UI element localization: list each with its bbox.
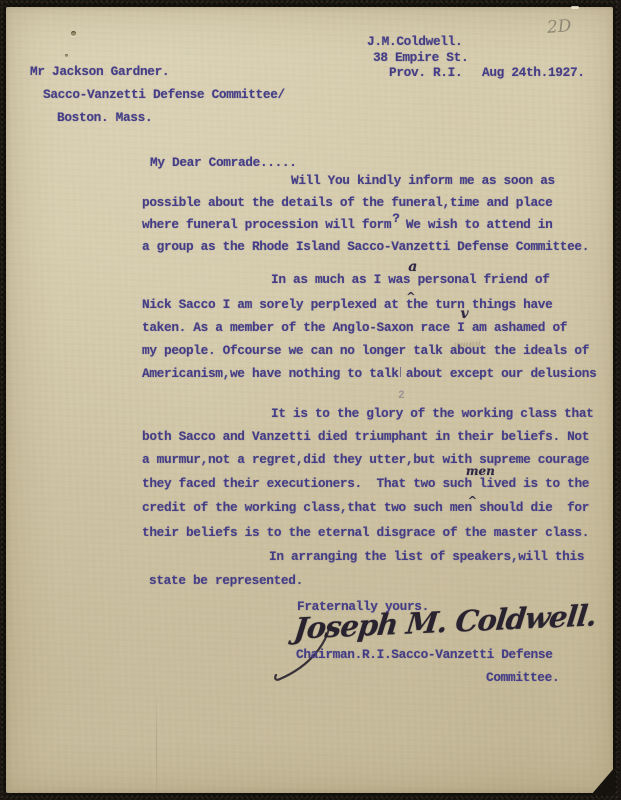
p3-line4-text-cont: lived is to the (472, 476, 589, 491)
p2-line5: Americanism,we have nothing to talk abou… (142, 366, 596, 382)
sender-street: 38 Empire St. (373, 50, 468, 66)
salutation: My Dear Comrade..... (150, 155, 297, 171)
paper-hole (71, 31, 76, 36)
recipient-name: Mr Jackson Gardner. (30, 64, 169, 80)
p2-line2: Nick Sacco I am sorely perplexed at the … (142, 297, 552, 313)
p2-line5-text-cont: about except our delusions (399, 366, 597, 381)
faint-pencil-number: 2 (398, 390, 405, 402)
p3-line4: they faced their executioners. That two … (142, 476, 589, 492)
recipient-city: Boston. Mass. (57, 110, 152, 126)
p2-line5-text: Americanism,we have nothing to talk (142, 366, 399, 381)
handwritten-insert-a: a (408, 260, 417, 274)
p4-line1: In arranging the list of speakers,will t… (269, 549, 584, 565)
edge-speck (571, 6, 579, 9)
raised-question-mark: ? (392, 211, 399, 227)
p1-line3-text-cont: We wish to attend in (399, 217, 553, 232)
p2-line1-text: In as much as I was (271, 272, 410, 287)
p1-line3: where funeral procession will form? We w… (142, 217, 552, 233)
p3-line3: a murmur,not a regret,did they utter,but… (142, 452, 589, 468)
p1-line4: a group as the Rhode Island Sacco-Vanzet… (142, 239, 589, 255)
p1-line3-text: where funeral procession will form (142, 217, 391, 232)
scanned-letter-photo: 2D J.M.Coldwell. 38 Empire St. Prov. R.I… (0, 0, 621, 800)
p2-line3: taken. As a member of the Anglo-Saxon ra… (142, 320, 567, 336)
p3-line4-text: they faced their executioners. That two … (142, 476, 472, 491)
p4-line2: state be represented. (149, 573, 303, 589)
p2-line3-text: taken. As a member of the Anglo-Saxon ra… (142, 320, 465, 335)
p3-line1: It is to the glory of the working class … (271, 406, 594, 422)
letter-page: 2D J.M.Coldwell. 38 Empire St. Prov. R.I… (6, 7, 613, 793)
handwritten-check-icon: v (461, 307, 469, 321)
p2-line1-text-cont: personal friend of (410, 272, 549, 287)
p3-line5: credit of the working class,that two suc… (142, 500, 589, 516)
p2-line1: In as much as I wasa^ personal friend of (271, 272, 550, 288)
handwritten-insert-men: men (466, 465, 495, 477)
sender-name: J.M.Coldwell. (367, 34, 462, 50)
p3-line2: both Sacco and Vanzetti died triumphant … (142, 429, 589, 445)
paper-hole-small (65, 54, 68, 57)
signer-title-line2: Committee. (486, 670, 559, 686)
p2-line3-text-cont: am ashamed of (465, 320, 568, 335)
recipient-organization: Sacco-Vanzetti Defense Committee/ (43, 87, 285, 103)
letter-date: Aug 24th.1927. (482, 65, 585, 81)
sender-city: Prov. R.I. (389, 65, 462, 81)
p1-line1: Will You kindly inform me as soon as (291, 173, 555, 189)
signer-title-line1: Chairman.R.I.Sacco-Vanzetti Defense (296, 647, 553, 663)
paper-crease (156, 693, 157, 799)
corner-annotation: 2D (546, 16, 572, 38)
p2-line4: my people. Ofcourse we can no longer tal… (142, 343, 589, 359)
p1-line2: possible about the details of the funera… (142, 195, 552, 211)
p3-line6: their beliefs is to the eternal disgrace… (142, 525, 589, 541)
